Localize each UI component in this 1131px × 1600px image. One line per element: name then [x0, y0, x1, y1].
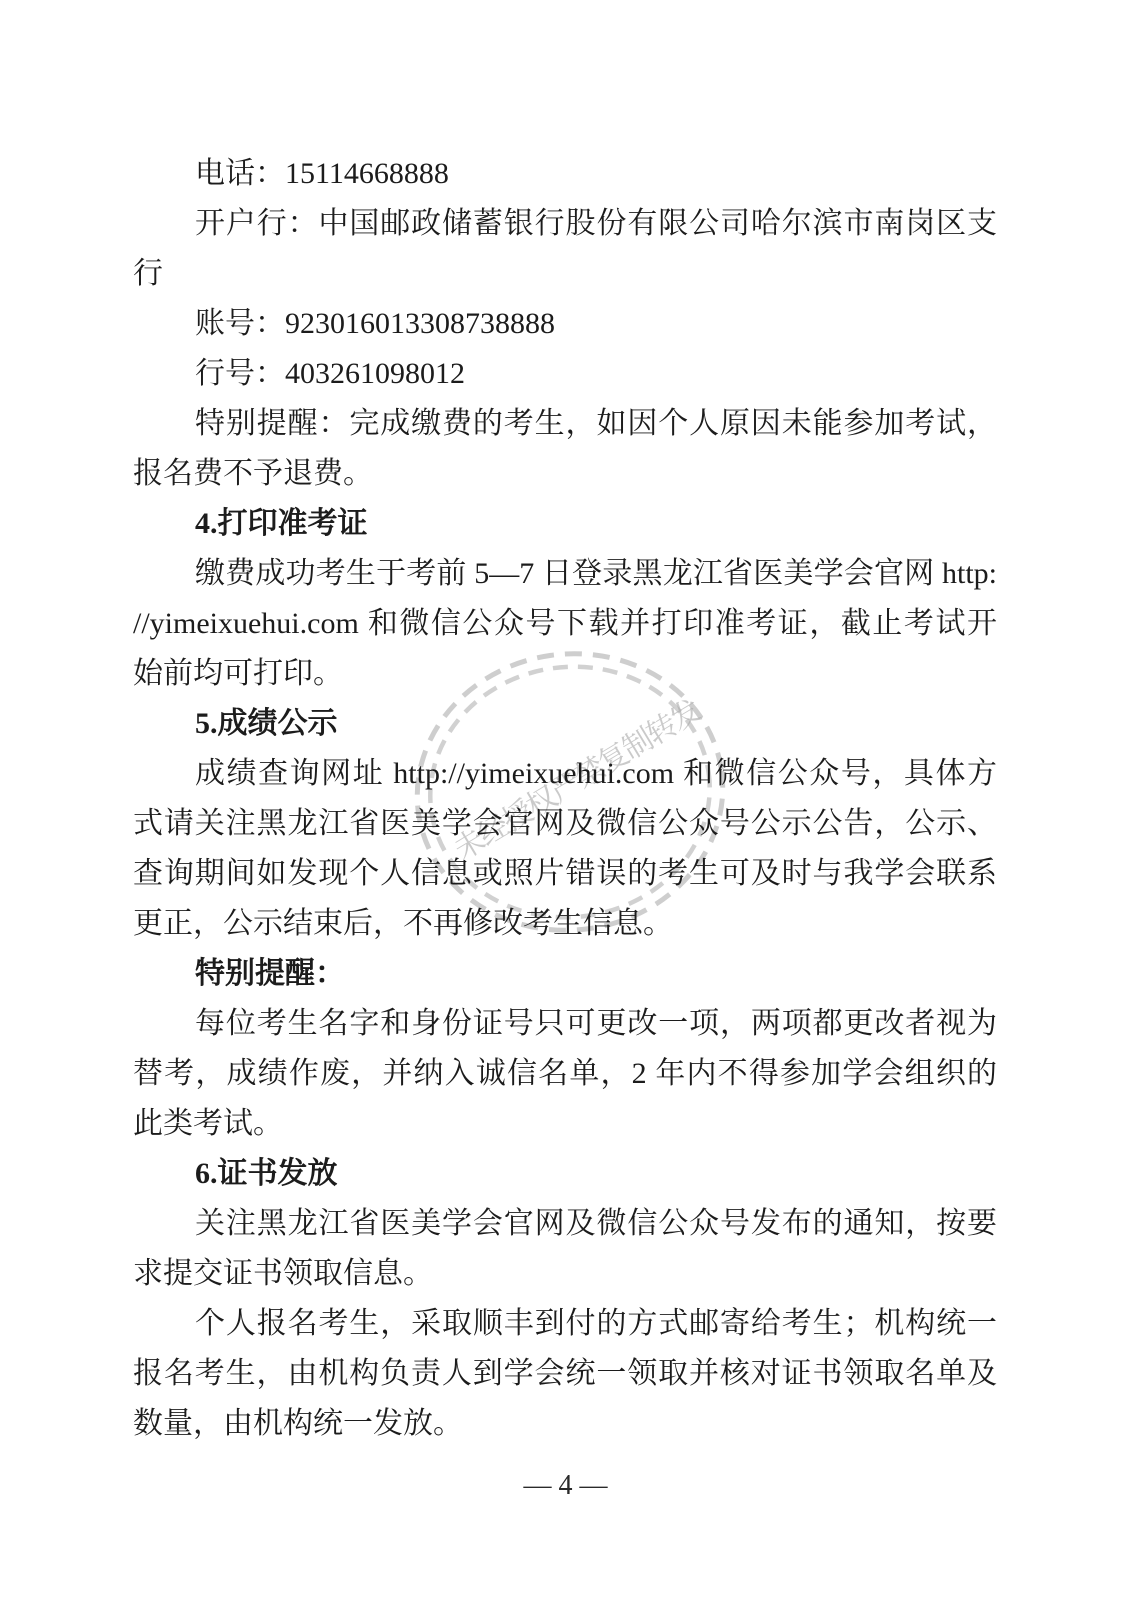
text-line: 个人报名考生，采取顺丰到付的方式邮寄给考生；机构统一: [133, 1299, 997, 1349]
text-line: 始前均可打印。: [133, 649, 997, 699]
text-line: 开户行：中国邮政储蓄银行股份有限公司哈尔滨市南岗区支: [133, 199, 997, 249]
text-line: 6.证书发放: [133, 1149, 997, 1199]
text-line: 电话：15114668888: [133, 149, 997, 199]
text-line: 4.打印准考证: [133, 499, 997, 549]
text-line: 特别提醒：完成缴费的考生，如因个人原因未能参加考试，: [133, 399, 997, 449]
text-line: 替考，成绩作废，并纳入诚信名单，2 年内不得参加学会组织的: [133, 1049, 997, 1099]
text-line: 报名考生，由机构负责人到学会统一领取并核对证书领取名单及: [133, 1349, 997, 1399]
text-line: 更正，公示结束后，不再修改考生信息。: [133, 899, 997, 949]
text-line: 特别提醒：: [133, 949, 997, 999]
text-line: 数量，由机构统一发放。: [133, 1399, 997, 1449]
page-number: — 4 —: [0, 1470, 1131, 1502]
text-line: 此类考试。: [133, 1099, 997, 1149]
text-line: 关注黑龙江省医美学会官网及微信公众号发布的通知，按要: [133, 1199, 997, 1249]
text-line: 账号：923016013308738888: [133, 299, 997, 349]
text-line: 每位考生名字和身份证号只可更改一项，两项都更改者视为: [133, 999, 997, 1049]
text-line: 缴费成功考生于考前 5—7 日登录黑龙江省医美学会官网 http:: [133, 549, 997, 599]
text-line: 求提交证书领取信息。: [133, 1249, 997, 1299]
document-body: 电话：15114668888开户行：中国邮政储蓄银行股份有限公司哈尔滨市南岗区支…: [133, 149, 997, 1449]
text-line: 行号：403261098012: [133, 349, 997, 399]
text-line: 5.成绩公示: [133, 699, 997, 749]
text-line: 式请关注黑龙江省医美学会官网及微信公众号公示公告，公示、: [133, 799, 997, 849]
text-line: 报名费不予退费。: [133, 449, 997, 499]
text-line: //yimeixuehui.com 和微信公众号下载并打印准考证，截止考试开: [133, 599, 997, 649]
text-line: 查询期间如发现个人信息或照片错误的考生可及时与我学会联系: [133, 849, 997, 899]
text-line: 行: [133, 249, 997, 299]
document-page: 未经授权严禁复制转发 电话：15114668888开户行：中国邮政储蓄银行股份有…: [0, 0, 1131, 1600]
text-line: 成绩查询网址 http://yimeixuehui.com 和微信公众号，具体方: [133, 749, 997, 799]
